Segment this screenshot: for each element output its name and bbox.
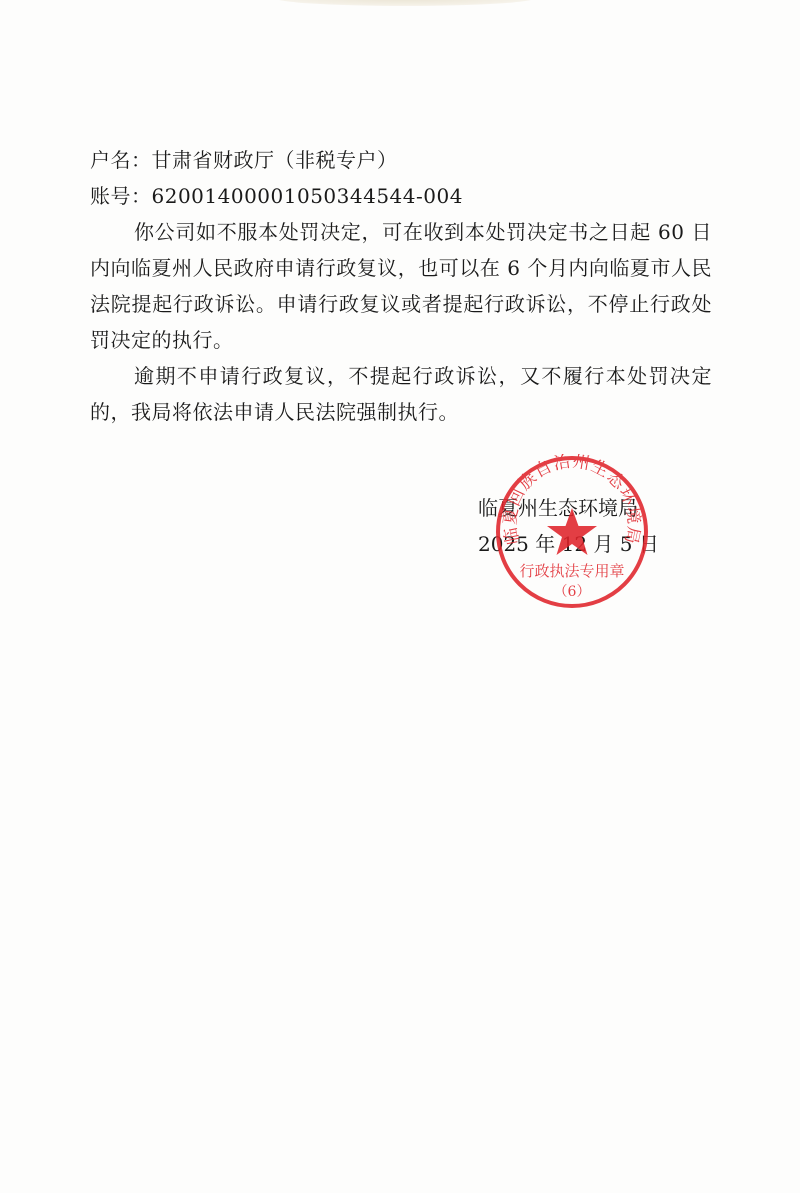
account-name: 甘肃省财政厅（非税专户）: [152, 148, 398, 172]
seal-star-icon: [547, 508, 597, 555]
official-seal-icon: 临夏回族自治州生态环境局 行政执法专用章 （6）: [494, 454, 650, 610]
account-name-label: 户名：: [90, 148, 152, 172]
page-edge-shadow: [275, 0, 535, 6]
document-body: 户名：甘肃省财政厅（非税专户） 账号：62001400001050344544-…: [90, 142, 712, 430]
enforcement-paragraph: 逾期不申请行政复议，不提起行政诉讼，又不履行本处罚决定的，我局将依法申请人民法院…: [90, 358, 712, 430]
seal-center-text: 行政执法专用章: [519, 562, 624, 580]
account-number: 62001400001050344544-004: [152, 184, 463, 208]
account-number-label: 账号：: [90, 184, 152, 208]
account-number-line: 账号：62001400001050344544-004: [90, 178, 712, 214]
appeal-paragraph: 你公司如不服本处罚决定，可在收到本处罚决定书之日起 60 日内向临夏州人民政府申…: [90, 214, 712, 358]
account-name-line: 户名：甘肃省财政厅（非税专户）: [90, 142, 712, 178]
seal-number: （6）: [554, 584, 591, 600]
